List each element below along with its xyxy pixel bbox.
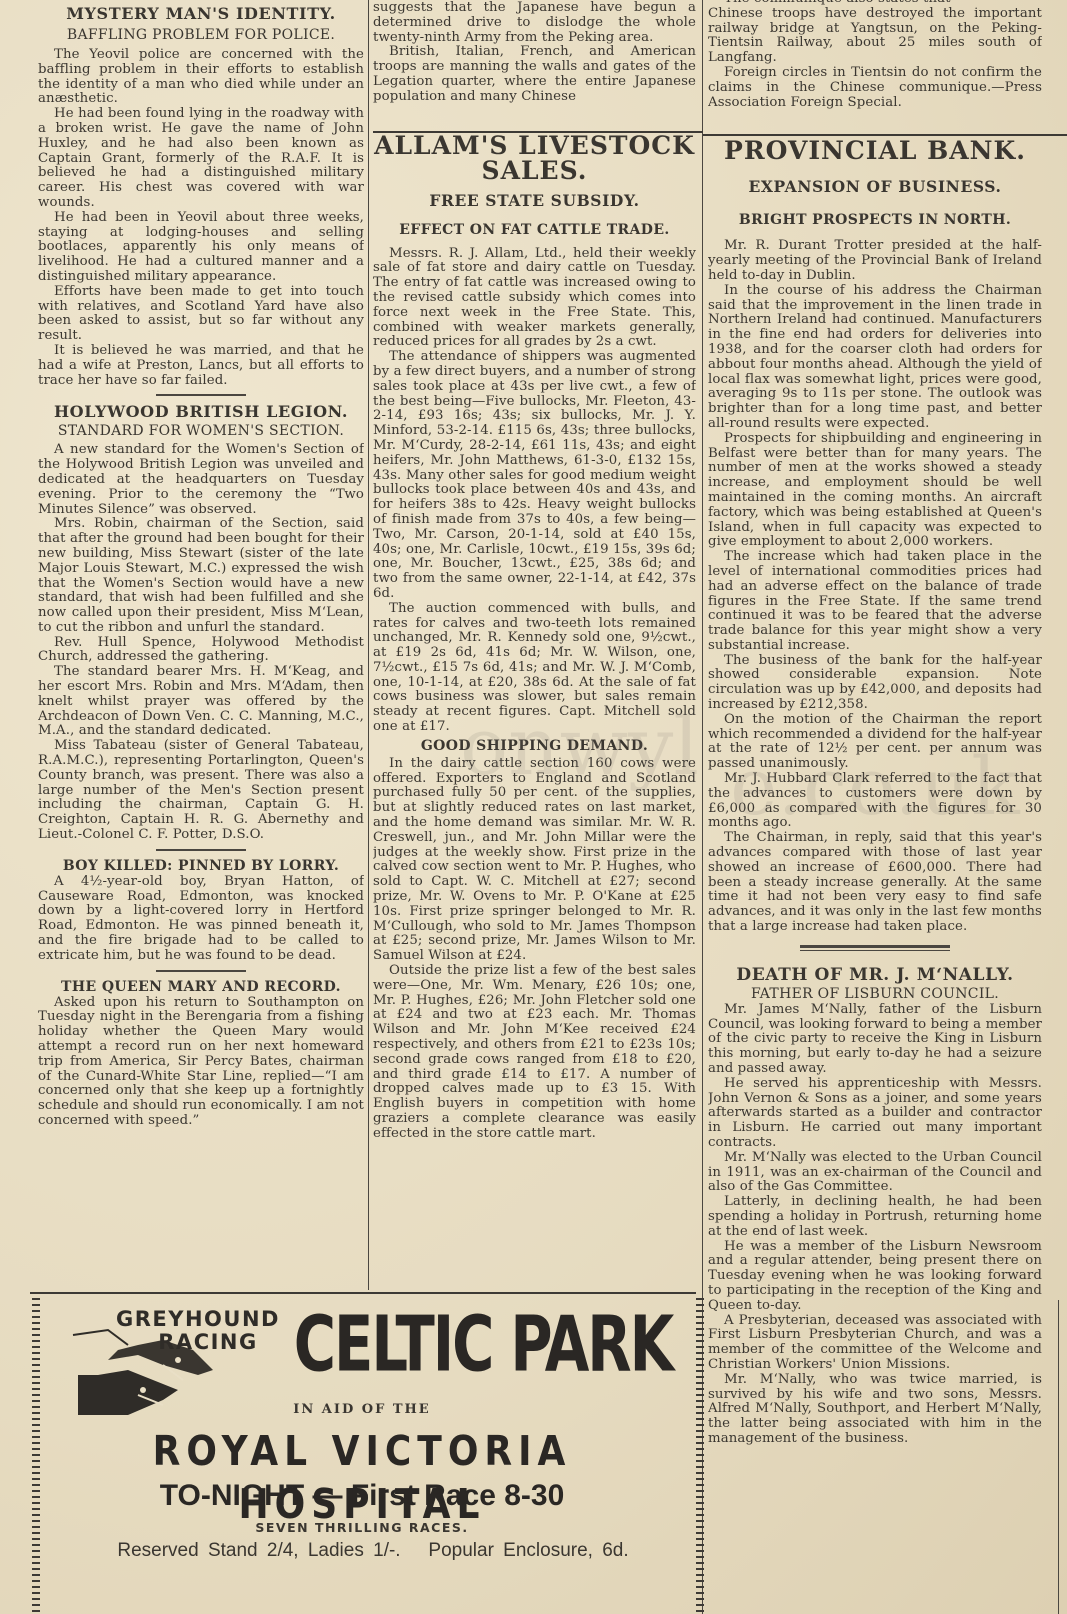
column-left: MYSTERY MAN'S IDENTITY. BAFFLING PROBLEM… [38,0,364,1300]
paragraph: Asked upon his return to Southampton on … [38,996,364,1129]
advert-border-right [696,1298,704,1614]
paragraph: Mr. James M‘Nally, father of the Lisburn… [708,1003,1042,1077]
china-continuation: suggests that the Japanese have begun a … [373,1,696,45]
paragraph: Messrs. R. J. Allam, Ltd., held their we… [373,247,696,351]
article-allam: Messrs. R. J. Allam, Ltd., held their we… [373,247,696,735]
paragraph: Mr. J. Hubbard Clark referred to the fac… [708,772,1042,831]
paragraph: He was a member of the Lisburn Newsroom … [708,1240,1042,1314]
china-continuation: Chinese troops have destroyed the import… [708,7,1042,66]
paragraph: Miss Tabateau (sister of General Tabatea… [38,739,364,843]
column-right: The communique also states that Chinese … [708,0,1042,1614]
paragraph: Efforts have been made to get into touch… [38,285,364,344]
article-divider [156,849,246,851]
article-divider [156,970,246,972]
headline-queen-mary: THE QUEEN MARY AND RECORD. [38,978,364,996]
advert-in-aid: IN AID OF THE [38,1402,686,1417]
column-rule [1058,1300,1059,1614]
paragraph: Rev. Hull Spence, Holywood Methodist Chu… [38,636,364,666]
advert-races: SEVEN THRILLING RACES. [38,1520,686,1535]
subhead-legion: STANDARD FOR WOMEN'S SECTION. [38,422,364,440]
article-provincial-bank: Mr. R. Durant Trotter presided at the ha… [708,239,1042,934]
headline-provincial-bank: PROVINCIAL BANK. [708,138,1042,163]
headline-mystery: MYSTERY MAN'S IDENTITY. [38,4,364,24]
paragraph: Mr. R. Durant Trotter presided at the ha… [708,239,1042,283]
paragraph: The auction commenced with bulls, and ra… [373,602,696,735]
paragraph: The Yeovil police are concerned with the… [38,48,364,107]
paragraph: He had been found lying in the roadway w… [38,107,364,211]
advert-racing-text: RACING [63,1331,293,1354]
paragraph: A new standard for the Women's Section o… [38,443,364,517]
paragraph: Mr. M‘Nally was elected to the Urban Cou… [708,1151,1042,1195]
subhead-lisburn-council: FATHER OF LISBURN COUNCIL. [708,985,1042,1003]
advert-prices: Reserved Stand 2/4, Ladies 1/-. Popular … [68,1538,678,1564]
article-legion: A new standard for the Women's Section o… [38,443,364,843]
paragraph: Mr. M‘Nally, who was twice married, is s… [708,1373,1042,1447]
paragraph: A Presbyterian, deceased was associated … [708,1314,1042,1373]
paragraph: A 4½-year-old boy, Bryan Hatton, of Caus… [38,875,364,964]
advert-greyhound-racing: GREYHOUND RACING [63,1308,293,1354]
subhead-expansion: EXPANSION OF BUSINESS. [708,177,1042,197]
paragraph: Mrs. Robin, chairman of the Section, sai… [38,517,364,635]
china-paragraph: British, Italian, French, and American t… [373,45,696,104]
paragraph: The attendance of shippers was augmented… [373,350,696,602]
advert-greyhound-text: GREYHOUND [63,1308,293,1331]
article-queen-mary: Asked upon his return to Southampton on … [38,996,364,1129]
column-middle: suggests that the Japanese have begun a … [373,0,696,1315]
paragraph: He had been in Yeovil about three weeks,… [38,211,364,285]
advert-venue: CELTIC PARK [283,1302,683,1388]
paragraph: In the dairy cattle section 160 cows wer… [373,757,696,964]
article-boy-killed: A 4½-year-old boy, Bryan Hatton, of Caus… [38,875,364,964]
paragraph: The Chairman, in reply, said that this y… [708,831,1042,935]
subhead-shipping: GOOD SHIPPING DEMAND. [373,737,696,755]
article-mnally: Mr. James M‘Nally, father of the Lisburn… [708,1003,1042,1447]
article-allam-dairy: In the dairy cattle section 160 cows wer… [373,757,696,1142]
paragraph: The standard bearer Mrs. H. M‘Keag, and … [38,665,364,739]
subhead-bright-prospects: BRIGHT PROSPECTS IN NORTH. [708,211,1042,229]
subhead-mystery: BAFFLING PROBLEM FOR POLICE. [38,26,364,44]
paragraph: On the motion of the Chairman the report… [708,713,1042,772]
paragraph: The increase which had taken place in th… [708,550,1042,654]
headline-boy-killed: BOY KILLED: PINNED BY LORRY. [38,857,364,875]
paragraph: In the course of his address the Chairma… [708,284,1042,432]
headline-allam: ALLAM'S LIVESTOCK SALES. [373,133,696,183]
headline-mnally: DEATH OF MR. J. M‘NALLY. [708,965,1042,985]
china-paragraph: Foreign circles in Tientsin do not confi… [708,66,1042,110]
paragraph: Outside the prize list a few of the best… [373,964,696,1142]
article-mystery: The Yeovil police are concerned with the… [38,48,364,388]
headline-legion: HOLYWOOD BRITISH LEGION. [38,402,364,422]
paragraph: It is believed he was married, and that … [38,344,364,388]
column-rule [368,0,369,1290]
subhead-free-state: FREE STATE SUBSIDY. [373,191,696,211]
advert-celtic-park: GREYHOUND RACING CELTIC PARK IN AID OF T… [38,1298,686,1614]
advert-tonight: TO-NIGHT — First Race 8-30 [38,1478,686,1514]
paragraph: The business of the bank for the half-ye… [708,654,1042,713]
paragraph: Latterly, in declining health, he had be… [708,1195,1042,1239]
paragraph: He served his apprenticeship with Messrs… [708,1077,1042,1151]
article-divider [800,945,950,951]
paragraph: Prospects for shipbuilding and engineeri… [708,432,1042,550]
subhead-fat-cattle: EFFECT ON FAT CATTLE TRADE. [373,221,696,239]
article-divider [156,394,246,396]
